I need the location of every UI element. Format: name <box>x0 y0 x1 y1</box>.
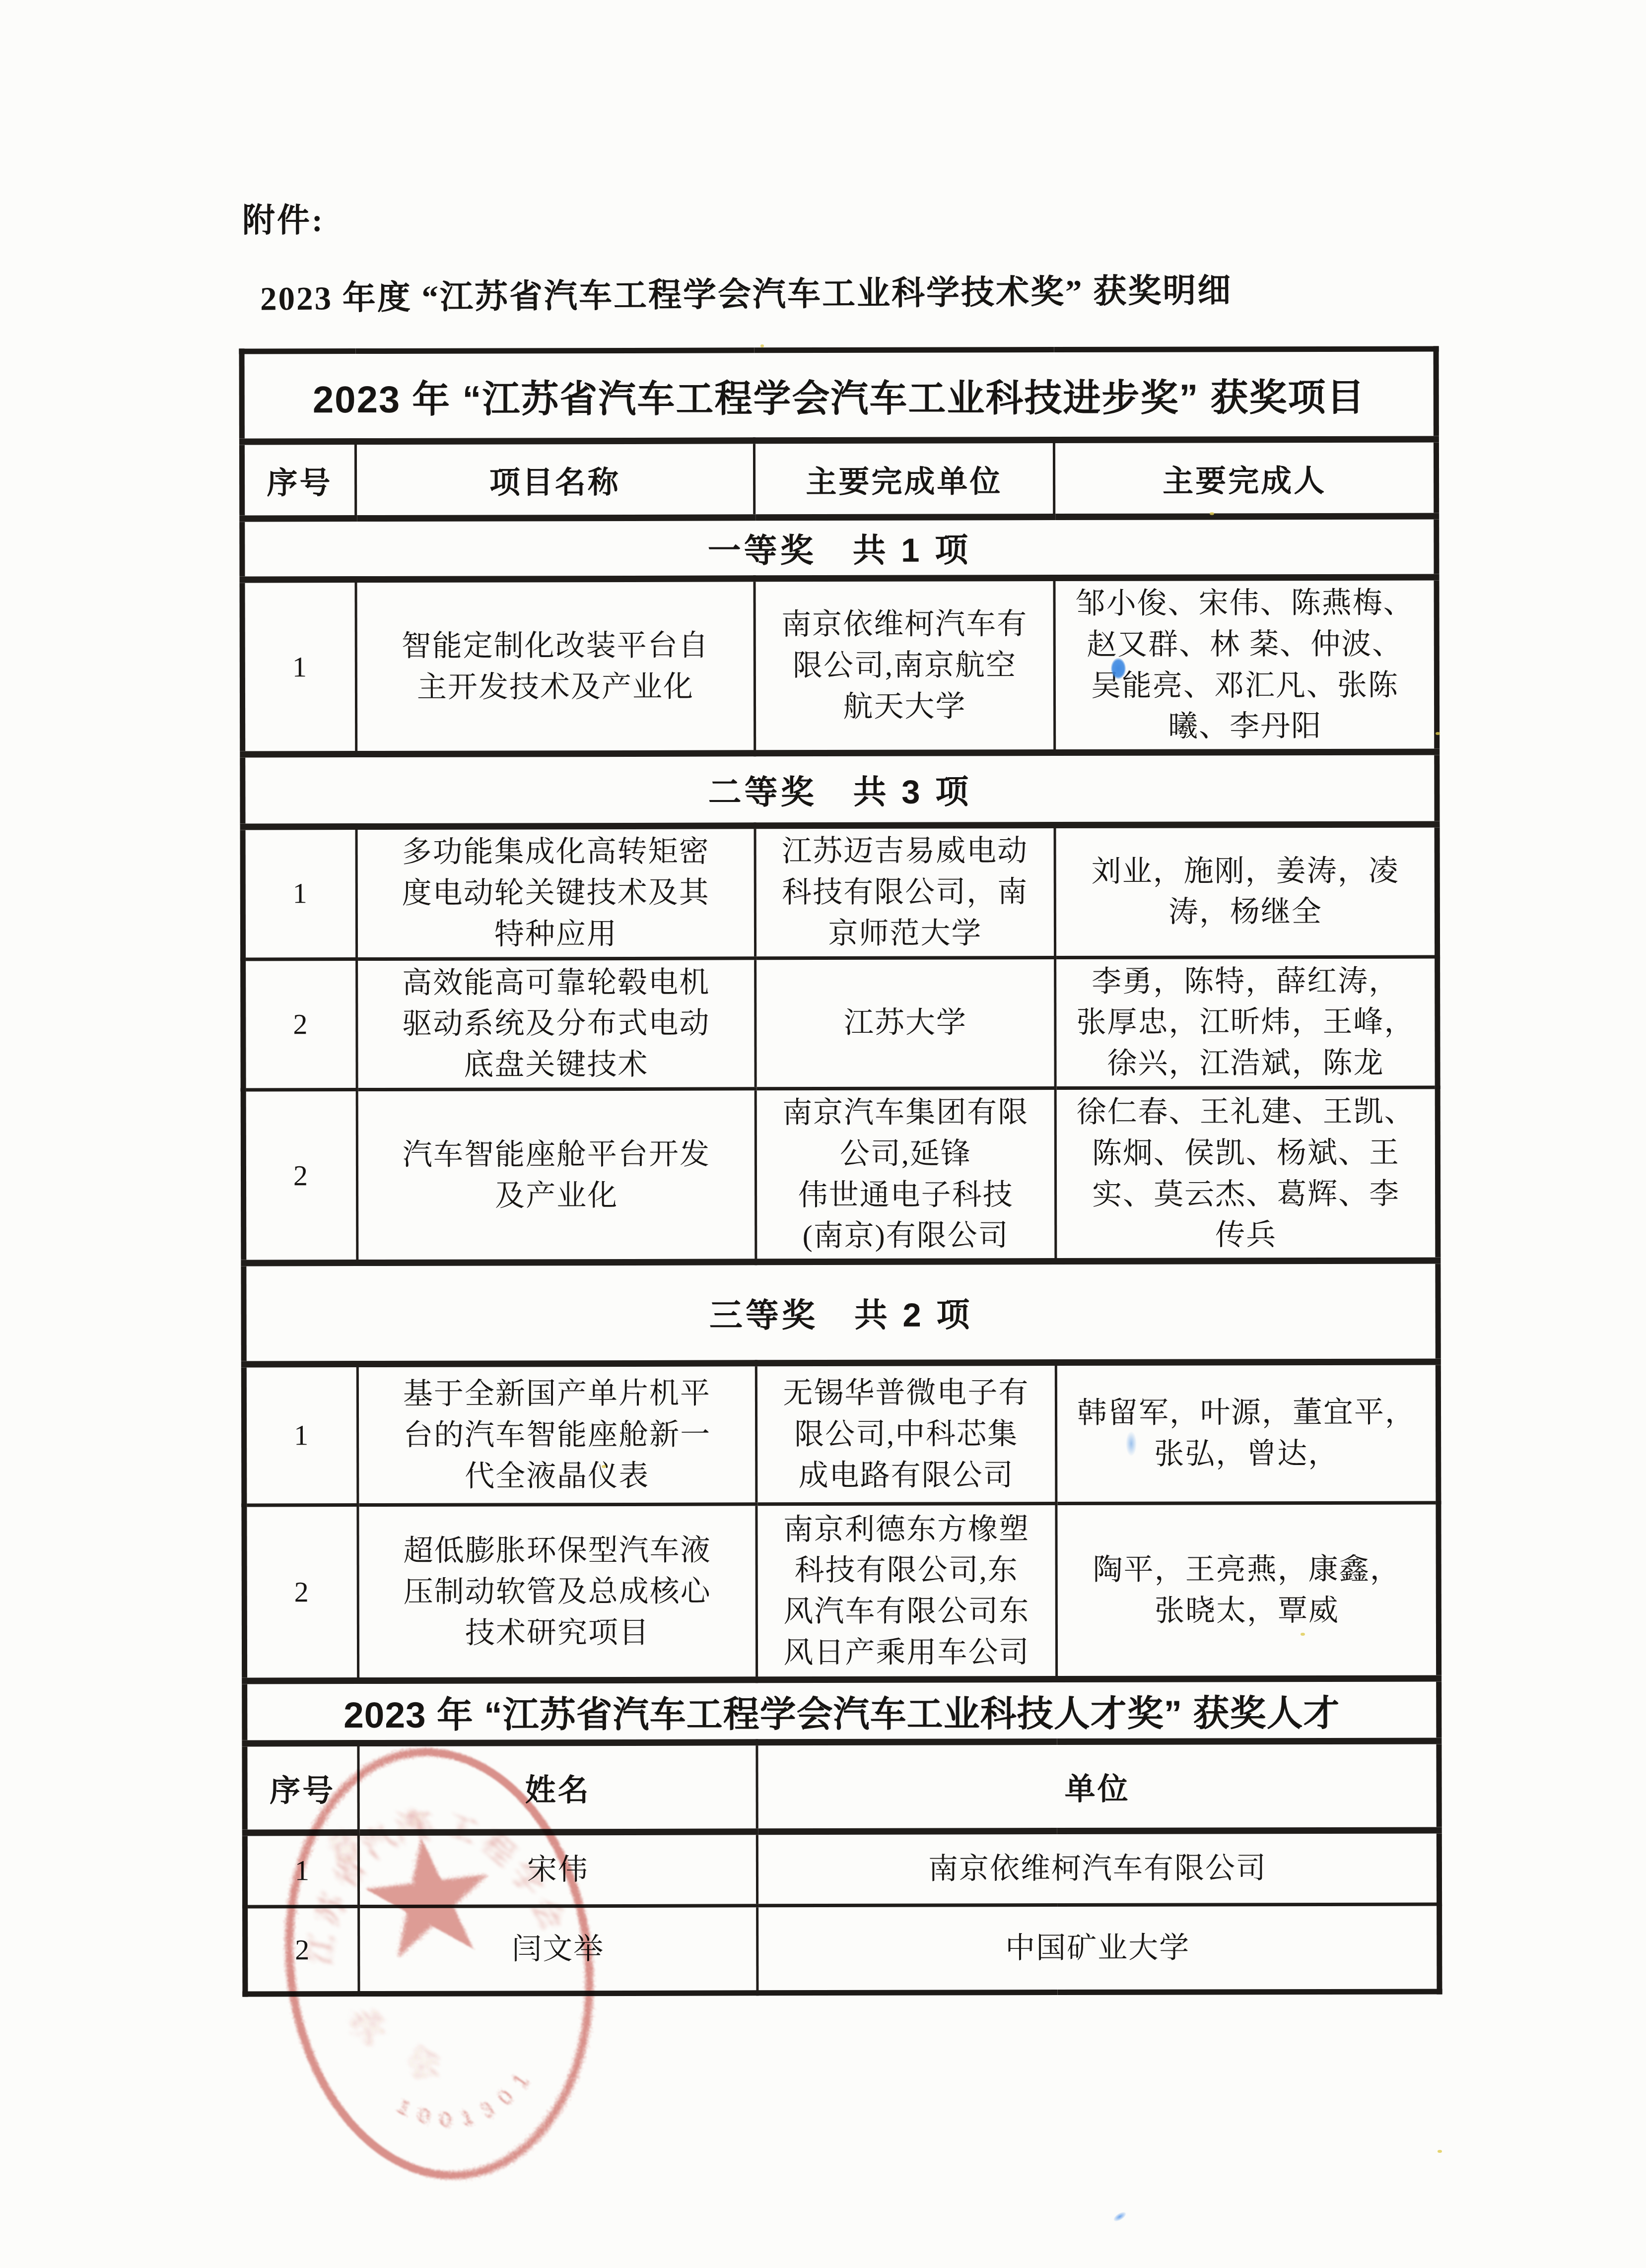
table-row: 1 多功能集成化高转矩密 度电动轮关键技术及其 特种应用 江苏迈吉易威电动 科技… <box>243 824 1438 959</box>
document-title: 2023 年度 “江苏省汽车工程学会汽车工业科学技术奖” 获奖明细 <box>260 264 1233 320</box>
table-row: 2 闫文举 中国矿业大学 <box>245 1904 1440 1994</box>
tier3-heading: 三等奖 共 2 项 <box>244 1261 1438 1364</box>
table-row: 2 汽车智能座舱平台开发 及产业化 南京汽车集团有限 公司,延锋 伟世通电子科技… <box>243 1087 1438 1263</box>
cell-unit: 江苏迈吉易威电动 科技有限公司，南 京师范大学 <box>755 825 1055 958</box>
cell-no: 2 <box>245 1907 359 1994</box>
cell-no: 2 <box>243 1090 357 1264</box>
col-header-unit: 单位 <box>757 1741 1439 1832</box>
cell-project: 基于全新国产单片机平 台的汽车智能座舱新一 代全液晶仪表 <box>357 1363 756 1505</box>
tier1-heading: 一等奖 共 1 项 <box>242 516 1437 580</box>
cell-no: 2 <box>243 959 357 1090</box>
table-row: 1 宋伟 南京依维柯汽车有限公司 <box>245 1830 1439 1907</box>
svg-text:学: 学 <box>347 2007 388 2051</box>
table1-title-row: 2023 年 “江苏省汽车工程学会汽车工业科技进步奖” 获奖项目 <box>242 349 1436 442</box>
col-header-no: 序号 <box>242 442 355 519</box>
svg-text:会: 会 <box>405 2043 443 2084</box>
cell-name: 闫文举 <box>359 1906 757 1994</box>
cell-unit: 南京依维柯汽车有 限公司,南京航空 航天大学 <box>754 578 1055 753</box>
cell-project: 高效能高可靠轮毂电机 驱动系统及分布式电动 底盘关键技术 <box>357 958 756 1089</box>
cell-project: 多功能集成化高转矩密 度电动轮关键技术及其 特种应用 <box>356 826 755 959</box>
cell-unit: 南京汽车集团有限 公司,延锋 伟世通电子科技 (南京)有限公司 <box>755 1088 1056 1262</box>
awards-table: 2023 年 “江苏省汽车工程学会汽车工业科技进步奖” 获奖项目 序号 项目名称… <box>239 346 1442 1997</box>
paper-speck <box>760 344 764 347</box>
col-header-name: 姓名 <box>358 1742 757 1833</box>
tier2-heading-row: 二等奖 共 3 项 <box>243 752 1437 827</box>
col-header-unit: 主要完成单位 <box>754 440 1054 518</box>
table1-header-row: 序号 项目名称 主要完成单位 主要完成人 <box>242 439 1436 519</box>
cell-people: 刘业，施刚，姜涛，凌 涛，杨继全 <box>1055 824 1438 957</box>
col-header-project: 项目名称 <box>355 441 754 519</box>
seal-serial: 1001301 <box>389 2058 546 2139</box>
attachment-label: 附件: <box>242 194 325 241</box>
cell-no: 1 <box>244 1364 358 1505</box>
table-row: 1 基于全新国产单片机平 台的汽车智能座舱新一 代全液晶仪表 无锡华普微电子有 … <box>244 1362 1439 1505</box>
tier2-heading: 二等奖 共 3 项 <box>243 752 1437 827</box>
cell-unit: 南京利德东方橡塑 科技有限公司,东 风汽车有限公司东 风日产乘用车公司 <box>756 1504 1057 1680</box>
cell-project: 超低膨胀环保型汽车液 压制动软管及总成核心 技术研究项目 <box>358 1504 757 1681</box>
table-row: 1 智能定制化改装平台自 主开发技术及产业化 南京依维柯汽车有 限公司,南京航空… <box>242 577 1437 754</box>
cell-no: 1 <box>245 1833 358 1907</box>
table2-title-row: 2023 年 “江苏省汽车工程学会汽车工业科技人才奖” 获奖人才 <box>245 1678 1439 1743</box>
col-header-people: 主要完成人 <box>1054 439 1436 517</box>
cell-people: 邹小俊、宋伟、陈燕梅、 赵又群、林 棻、仲波、 吴能亮、邓汇凡、张陈 曦、李丹阳 <box>1054 577 1437 753</box>
scanned-document-page: 附件: 2023 年度 “江苏省汽车工程学会汽车工业科学技术奖” 获奖明细 20… <box>0 0 1646 2268</box>
cell-people: 李勇，陈特，薛红涛， 张厚忠，江昕炜，王峰， 徐兴，江浩斌，陈龙 <box>1055 957 1438 1088</box>
cell-name: 宋伟 <box>358 1832 757 1907</box>
table1-title: 2023 年 “江苏省汽车工程学会汽车工业科技进步奖” 获奖项目 <box>242 349 1436 442</box>
cell-project: 智能定制化改装平台自 主开发技术及产业化 <box>356 579 755 754</box>
cell-people: 陶平，王亮燕，康鑫， 张晓太，覃威 <box>1056 1503 1439 1679</box>
cell-project: 汽车智能座舱平台开发 及产业化 <box>357 1089 756 1263</box>
tier1-heading-row: 一等奖 共 1 项 <box>242 516 1437 580</box>
cell-unit: 无锡华普微电子有 限公司,中科芯集 成电路有限公司 <box>756 1363 1056 1504</box>
cell-unit: 江苏大学 <box>755 957 1056 1089</box>
cell-unit: 中国矿业大学 <box>757 1904 1440 1993</box>
table-row: 2 超低膨胀环保型汽车液 压制动软管及总成核心 技术研究项目 南京利德东方橡塑 … <box>244 1503 1439 1681</box>
blue-ink-dash <box>1112 2210 1128 2223</box>
cell-people: 韩留军，叶源，董宜平， 张弘，曾达， <box>1056 1362 1439 1504</box>
table2-title: 2023 年 “江苏省汽车工程学会汽车工业科技人才奖” 获奖人才 <box>245 1678 1439 1743</box>
cell-no: 1 <box>242 580 356 755</box>
cell-no: 1 <box>243 827 357 959</box>
cell-unit: 南京依维柯汽车有限公司 <box>757 1830 1439 1906</box>
cell-no: 2 <box>244 1505 358 1681</box>
table2-header-row: 序号 姓名 单位 <box>245 1741 1439 1833</box>
tier3-heading-row: 三等奖 共 2 项 <box>244 1261 1438 1364</box>
table-row: 2 高效能高可靠轮毂电机 驱动系统及分布式电动 底盘关键技术 江苏大学 李勇，陈… <box>243 957 1438 1090</box>
cell-people: 徐仁春、王礼建、王凯、 陈炯、侯凯、杨斌、王 实、莫云杰、葛辉、李 传兵 <box>1055 1087 1438 1262</box>
col-header-no: 序号 <box>245 1743 358 1833</box>
paper-speck <box>1438 2150 1442 2153</box>
